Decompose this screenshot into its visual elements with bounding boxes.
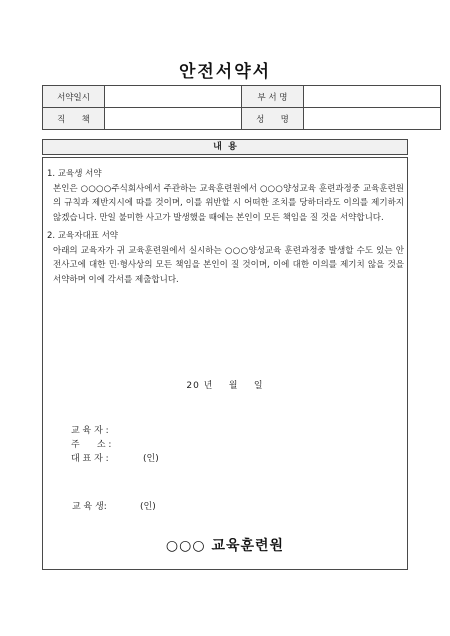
section-heading: 2. 교육자대표 서약 xyxy=(47,229,404,244)
instructor-label: 교 육 자 : xyxy=(71,424,143,438)
signature-row-representative: 대 표 자 : (인) xyxy=(71,452,159,466)
organization-name: ○○○ 교육훈련원 xyxy=(43,535,407,555)
signature-row-trainee: 교 육 생: (인) xyxy=(72,500,156,514)
address-label: 주 소 : xyxy=(71,438,143,452)
date-line: 20 년 월 일 xyxy=(43,378,407,391)
section-trainee-pledge: 1. 교육생 서약 본인은 ○○○○주식회사에서 주관하는 교육훈련원에서 ○○… xyxy=(47,167,404,225)
trainee-label: 교 육 생: xyxy=(72,500,140,514)
content-section-header: 내 용 xyxy=(42,139,408,155)
signature-block: 교 육 자 : 주 소 : 대 표 자 : (인) xyxy=(71,424,159,466)
trainee-seal-mark: (인) xyxy=(140,500,156,514)
name-field[interactable] xyxy=(304,108,441,130)
representative-label: 대 표 자 : xyxy=(71,452,143,466)
pledge-date-label: 서약일시 xyxy=(43,86,105,108)
signature-row-address: 주 소 : xyxy=(71,438,159,452)
document-title: 안전서약서 xyxy=(0,57,450,82)
name-label: 성 명 xyxy=(242,108,304,130)
section-instructor-pledge: 2. 교육자대표 서약 아래의 교육자가 귀 교육훈련원에서 실시하는 ○○○양… xyxy=(47,229,404,287)
section-body: 아래의 교육자가 귀 교육훈련원에서 실시하는 ○○○양성교육 훈련과정중 발생… xyxy=(53,244,404,288)
department-field[interactable] xyxy=(304,86,441,108)
representative-seal-mark: (인) xyxy=(143,452,159,466)
position-field[interactable] xyxy=(105,108,242,130)
section-heading: 1. 교육생 서약 xyxy=(47,167,404,182)
info-table-row: 서약일시 부 서 명 xyxy=(43,86,441,108)
content-box: 1. 교육생 서약 본인은 ○○○○주식회사에서 주관하는 교육훈련원에서 ○○… xyxy=(42,157,408,570)
pledge-date-field[interactable] xyxy=(105,86,242,108)
signature-row-instructor: 교 육 자 : xyxy=(71,424,159,438)
section-body: 본인은 ○○○○주식회사에서 주관하는 교육훈련원에서 ○○○양성교육 훈련과정… xyxy=(53,182,404,226)
info-table: 서약일시 부 서 명 직 책 성 명 xyxy=(42,85,441,130)
department-label: 부 서 명 xyxy=(242,86,304,108)
document-page: 안전서약서 서약일시 부 서 명 직 책 성 명 내 용 1. 교육생 서약 본… xyxy=(0,0,450,636)
position-label: 직 책 xyxy=(43,108,105,130)
info-table-row: 직 책 성 명 xyxy=(43,108,441,130)
